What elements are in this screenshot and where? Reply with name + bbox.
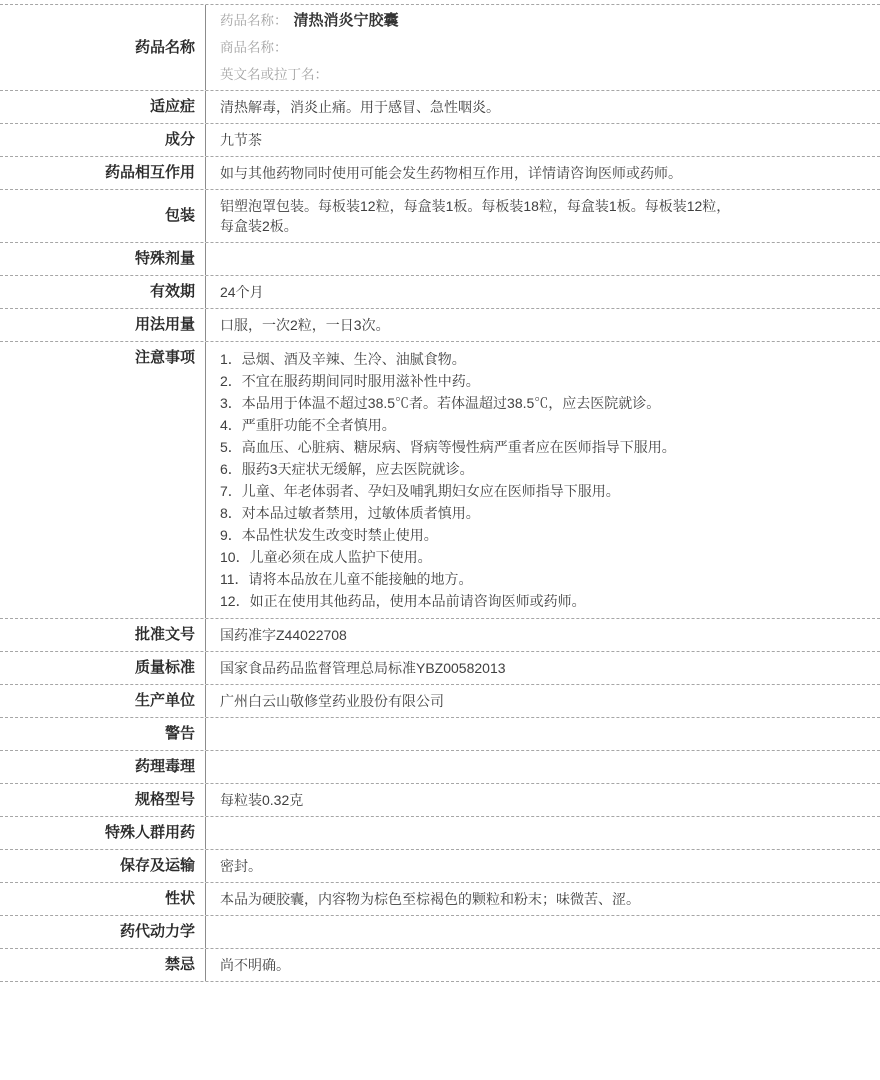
- row-content: [205, 751, 880, 783]
- table-row: 用法用量口服，一次2粒，一日3次。: [0, 309, 880, 342]
- row-content: [205, 916, 880, 948]
- row-content: 每粒装0.32克: [205, 784, 880, 816]
- note-item: 1．忌烟、酒及辛辣、生冷、油腻食物。: [220, 348, 864, 370]
- drug-info-table: 药品名称药品名称：清热消炎宁胶囊商品名称：英文名或拉丁名：适应症清热解毒，消炎止…: [0, 4, 880, 982]
- row-label: 用法用量: [0, 309, 205, 341]
- row-content: 24个月: [205, 276, 880, 308]
- row-label: 有效期: [0, 276, 205, 308]
- table-row: 规格型号每粒装0.32克: [0, 784, 880, 817]
- name-field-key: 商品名称：: [220, 40, 288, 55]
- row-label: 生产单位: [0, 685, 205, 717]
- note-item: 6．服药3天症状无缓解，应去医院就诊。: [220, 458, 864, 480]
- note-item: 7．儿童、年老体弱者、孕妇及哺乳期妇女应在医师指导下服用。: [220, 480, 864, 502]
- row-content: 九节茶: [205, 124, 880, 156]
- row-label: 特殊人群用药: [0, 817, 205, 849]
- row-content: 国药准字Z44022708: [205, 619, 880, 651]
- table-row: 特殊人群用药: [0, 817, 880, 850]
- table-row: 生产单位广州白云山敬修堂药业股份有限公司: [0, 685, 880, 718]
- table-row: 药品名称药品名称：清热消炎宁胶囊商品名称：英文名或拉丁名：: [0, 5, 880, 91]
- table-row: 注意事项1．忌烟、酒及辛辣、生冷、油腻食物。2．不宜在服药期间同时服用滋补性中药…: [0, 342, 880, 619]
- note-item: 5．高血压、心脏病、糖尿病、肾病等慢性病严重者应在医师指导下服用。: [220, 436, 864, 458]
- row-label: 药品相互作用: [0, 157, 205, 189]
- table-row: 有效期24个月: [0, 276, 880, 309]
- name-field: 英文名或拉丁名：: [220, 61, 864, 88]
- row-content: 国家食品药品监督管理总局标准YBZ00582013: [205, 652, 880, 684]
- note-item: 11．请将本品放在儿童不能接触的地方。: [220, 568, 864, 590]
- table-row: 适应症清热解毒，消炎止痛。用于感冒、急性咽炎。: [0, 91, 880, 124]
- row-label: 批准文号: [0, 619, 205, 651]
- note-item: 12．如正在使用其他药品，使用本品前请咨询医师或药师。: [220, 590, 864, 612]
- row-content: 口服，一次2粒，一日3次。: [205, 309, 880, 341]
- row-label: 禁忌: [0, 949, 205, 981]
- row-label: 药品名称: [0, 5, 205, 90]
- table-row: 成分九节茶: [0, 124, 880, 157]
- row-content: 本品为硬胶囊，内容物为棕色至棕褐色的颗粒和粉末；味微苦、涩。: [205, 883, 880, 915]
- row-content: 清热解毒，消炎止痛。用于感冒、急性咽炎。: [205, 91, 880, 123]
- table-row: 包装铝塑泡罩包装。每板装12粒，每盒装1板。每板装18粒，每盒装1板。每板装12…: [0, 190, 880, 243]
- table-row: 药理毒理: [0, 751, 880, 784]
- row-content: 药品名称：清热消炎宁胶囊商品名称：英文名或拉丁名：: [205, 5, 880, 90]
- note-item: 2．不宜在服药期间同时服用滋补性中药。: [220, 370, 864, 392]
- table-row: 药品相互作用如与其他药物同时使用可能会发生药物相互作用，详情请咨询医师或药师。: [0, 157, 880, 190]
- row-label: 成分: [0, 124, 205, 156]
- row-content: [205, 817, 880, 849]
- table-row: 质量标准国家食品药品监督管理总局标准YBZ00582013: [0, 652, 880, 685]
- name-field: 药品名称：清热消炎宁胶囊: [220, 7, 864, 34]
- row-label: 特殊剂量: [0, 243, 205, 275]
- row-content: [205, 718, 880, 750]
- row-label: 包装: [0, 190, 205, 242]
- table-row: 批准文号国药准字Z44022708: [0, 619, 880, 652]
- row-label: 保存及运输: [0, 850, 205, 882]
- row-label: 性状: [0, 883, 205, 915]
- name-field-key: 英文名或拉丁名：: [220, 67, 328, 82]
- note-item: 3．本品用于体温不超过38.5℃者。若体温超过38.5℃，应去医院就诊。: [220, 392, 864, 414]
- row-label: 注意事项: [0, 342, 205, 618]
- note-item: 10．儿童必须在成人监护下使用。: [220, 546, 864, 568]
- table-row: 保存及运输密封。: [0, 850, 880, 883]
- name-field: 商品名称：: [220, 34, 864, 61]
- table-row: 禁忌尚不明确。: [0, 949, 880, 982]
- row-label: 警告: [0, 718, 205, 750]
- row-content: [205, 243, 880, 275]
- row-label: 药代动力学: [0, 916, 205, 948]
- row-content: 广州白云山敬修堂药业股份有限公司: [205, 685, 880, 717]
- row-label: 规格型号: [0, 784, 205, 816]
- name-field-value: 清热消炎宁胶囊: [294, 12, 399, 29]
- table-row: 药代动力学: [0, 916, 880, 949]
- row-label: 药理毒理: [0, 751, 205, 783]
- table-row: 警告: [0, 718, 880, 751]
- row-label: 质量标准: [0, 652, 205, 684]
- note-item: 4．严重肝功能不全者慎用。: [220, 414, 864, 436]
- name-field-key: 药品名称：: [220, 13, 288, 28]
- note-item: 8．对本品过敏者禁用，过敏体质者慎用。: [220, 502, 864, 524]
- row-content: 如与其他药物同时使用可能会发生药物相互作用，详情请咨询医师或药师。: [205, 157, 880, 189]
- table-row: 性状本品为硬胶囊，内容物为棕色至棕褐色的颗粒和粉末；味微苦、涩。: [0, 883, 880, 916]
- row-content: 1．忌烟、酒及辛辣、生冷、油腻食物。2．不宜在服药期间同时服用滋补性中药。3．本…: [205, 342, 880, 618]
- row-content: 尚不明确。: [205, 949, 880, 981]
- table-row: 特殊剂量: [0, 243, 880, 276]
- row-label: 适应症: [0, 91, 205, 123]
- note-item: 9．本品性状发生改变时禁止使用。: [220, 524, 864, 546]
- row-content: 铝塑泡罩包装。每板装12粒，每盒装1板。每板装18粒，每盒装1板。每板装12粒，…: [205, 190, 880, 242]
- row-content: 密封。: [205, 850, 880, 882]
